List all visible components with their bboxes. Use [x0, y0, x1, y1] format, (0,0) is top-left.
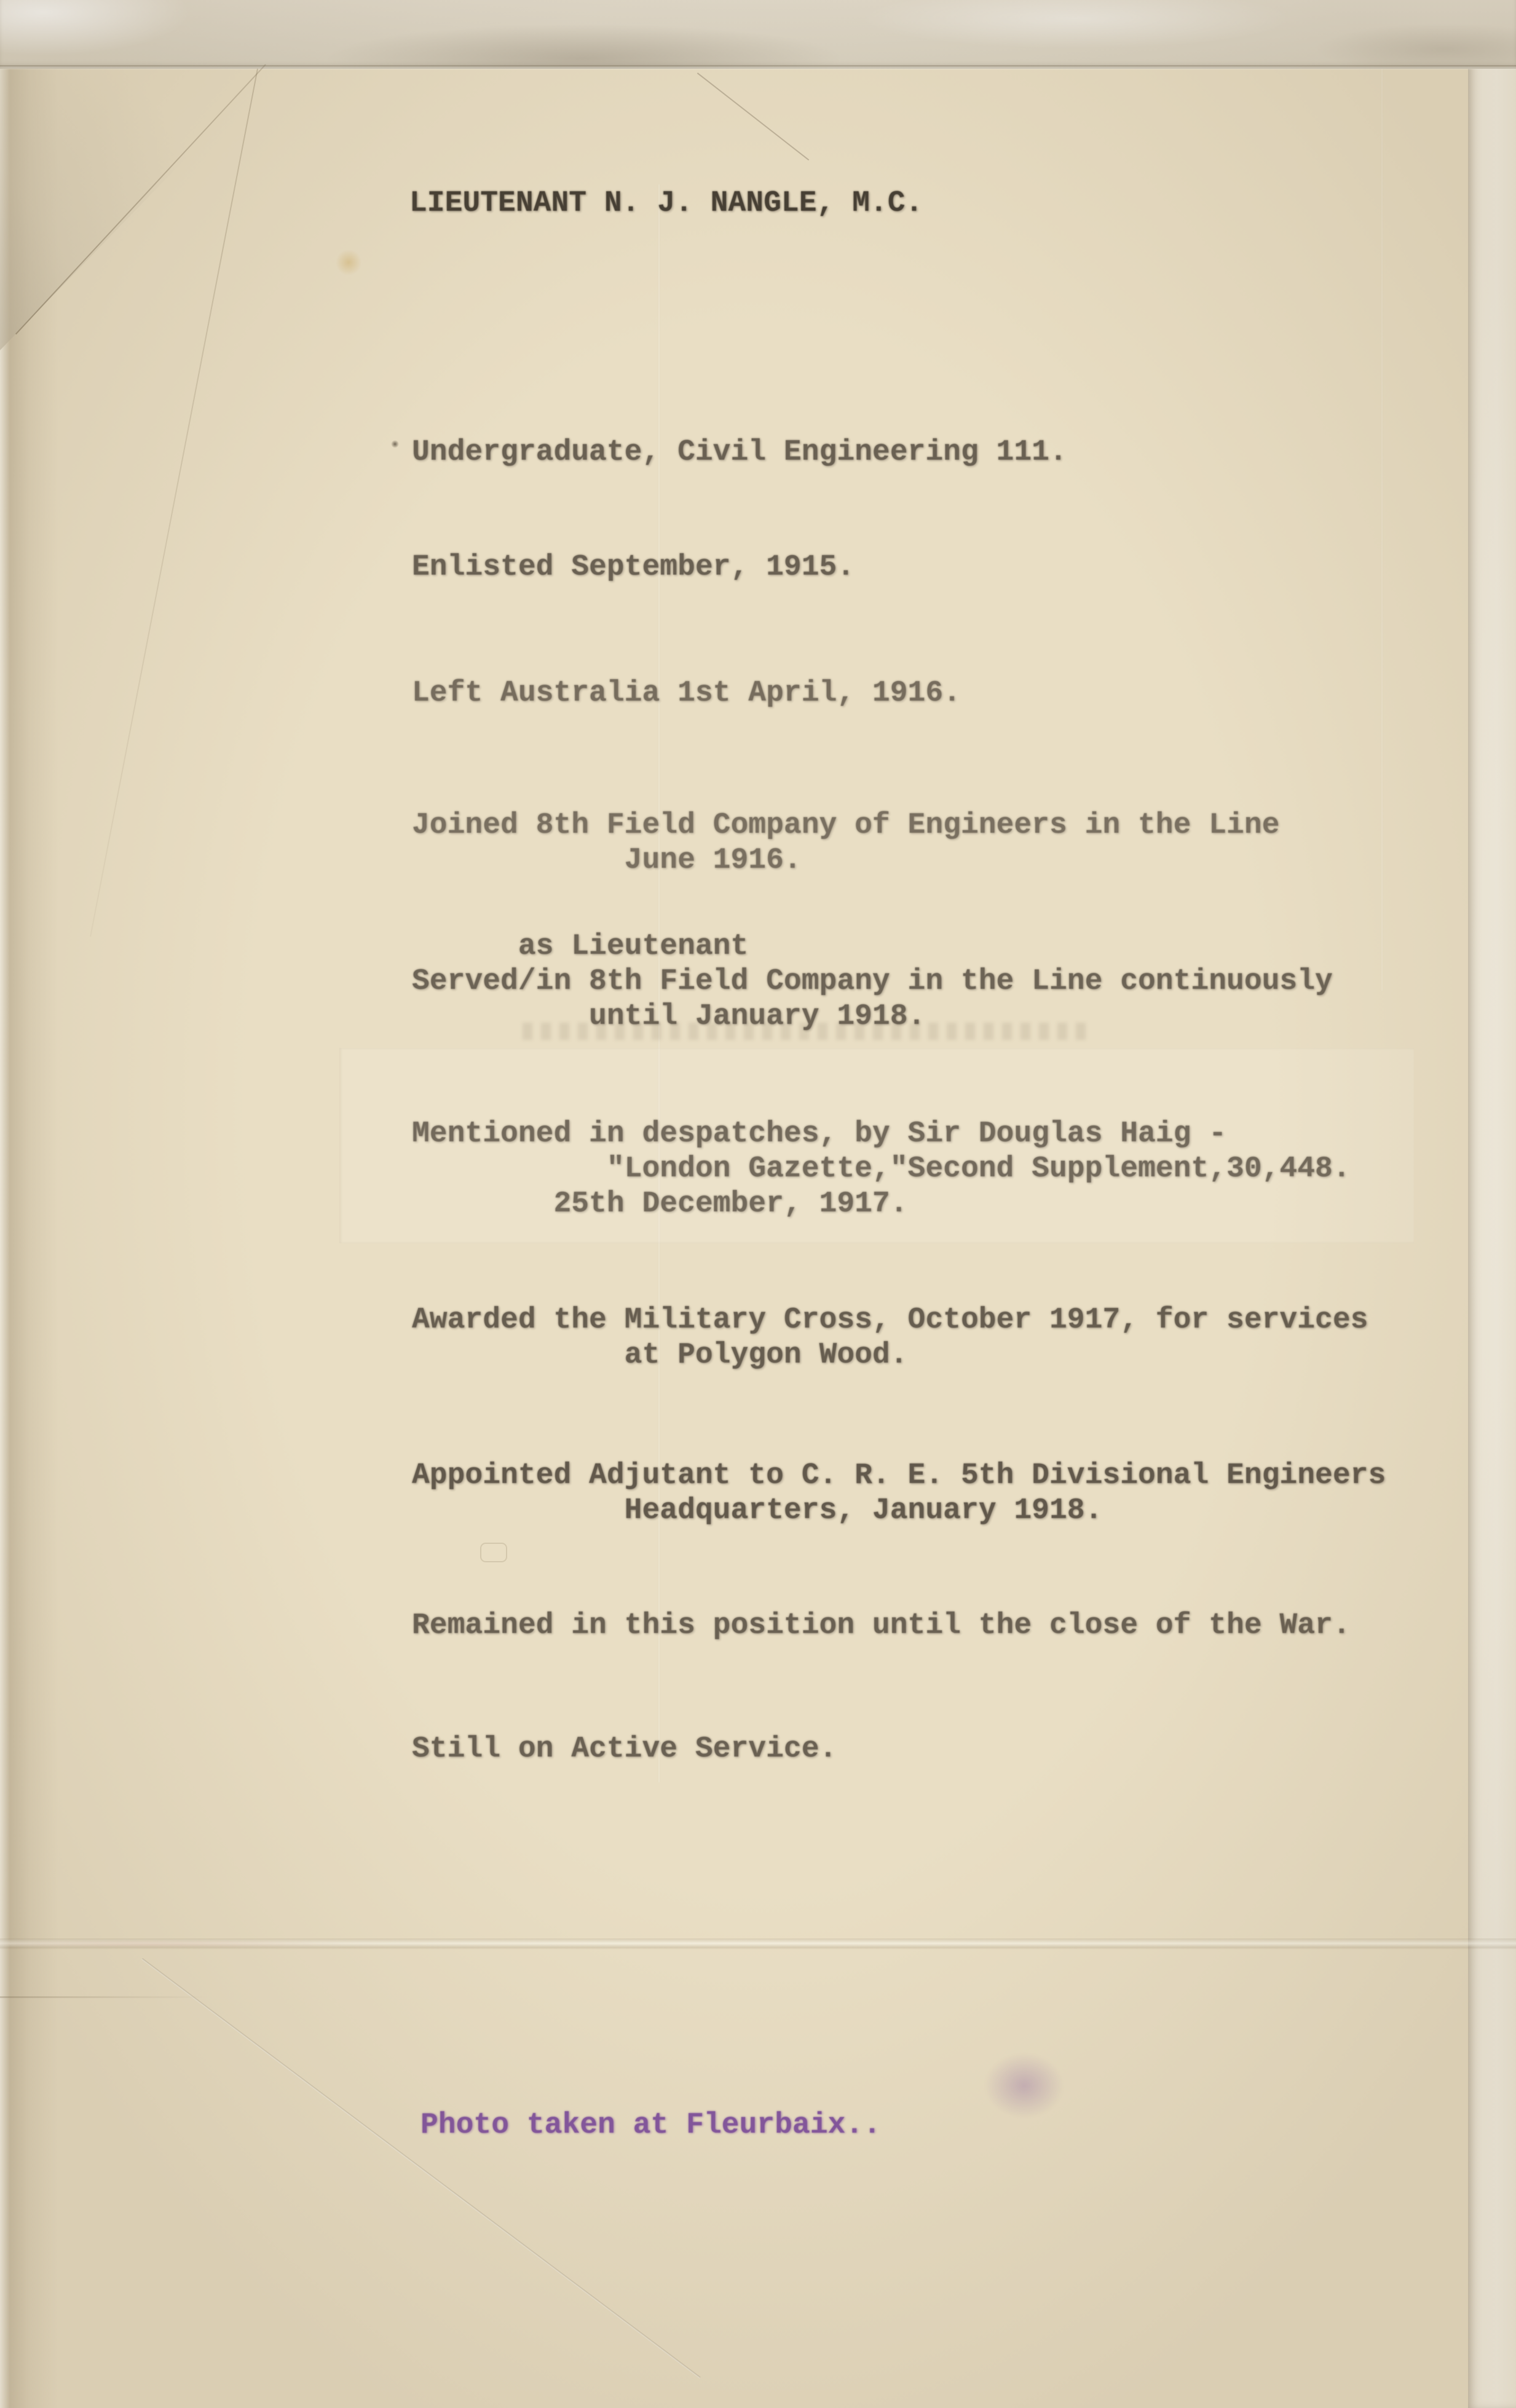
ink-speck [391, 440, 399, 448]
typed-paragraph-appointed-adjutant: Appointed Adjutant to C. R. E. 5th Divis… [412, 1458, 1386, 1529]
typed-paragraph-enlisted: Enlisted September, 1915. [412, 550, 855, 585]
yellow-stain [335, 249, 362, 276]
photo-caption: Photo taken at Fleurbaix.. [420, 2108, 881, 2143]
vertical-crease-right [1381, 69, 1383, 991]
typed-paragraph-remained: Remained in this position until the clos… [412, 1608, 1351, 1643]
bottom-fold-crease [0, 1938, 1516, 1950]
typed-paragraph-mentioned-despatches: Mentioned in despatches, by Sir Douglas … [412, 1117, 1351, 1222]
left-edge-shadow [0, 66, 58, 2408]
typed-paragraph-undergraduate: Undergraduate, Civil Engineering 111. [412, 435, 1067, 470]
typed-paragraph-served: as Lieutenant Served/in 8th Field Compan… [412, 929, 1333, 1034]
typed-paragraph-active-service: Still on Active Service. [412, 1732, 837, 1767]
typed-paragraph-left-australia: Left Australia 1st April, 1916. [412, 676, 961, 711]
typed-paragraph-joined-8th: Joined 8th Field Company of Engineers in… [412, 808, 1279, 878]
typed-paragraph-military-cross: Awarded the Military Cross, October 1917… [412, 1303, 1368, 1373]
right-edge-fold [1468, 61, 1516, 2408]
scanned-document-page: { "document": { "kind": "typewritten ser… [0, 0, 1516, 2408]
typed-title: LIEUTENANT N. J. NANGLE, M.C. [409, 186, 923, 221]
bottom-left-crease [0, 1996, 209, 1998]
embossed-mark [480, 1543, 507, 1562]
purple-ink-smudge [981, 2050, 1067, 2121]
tissue-backing-top [0, 0, 1516, 69]
